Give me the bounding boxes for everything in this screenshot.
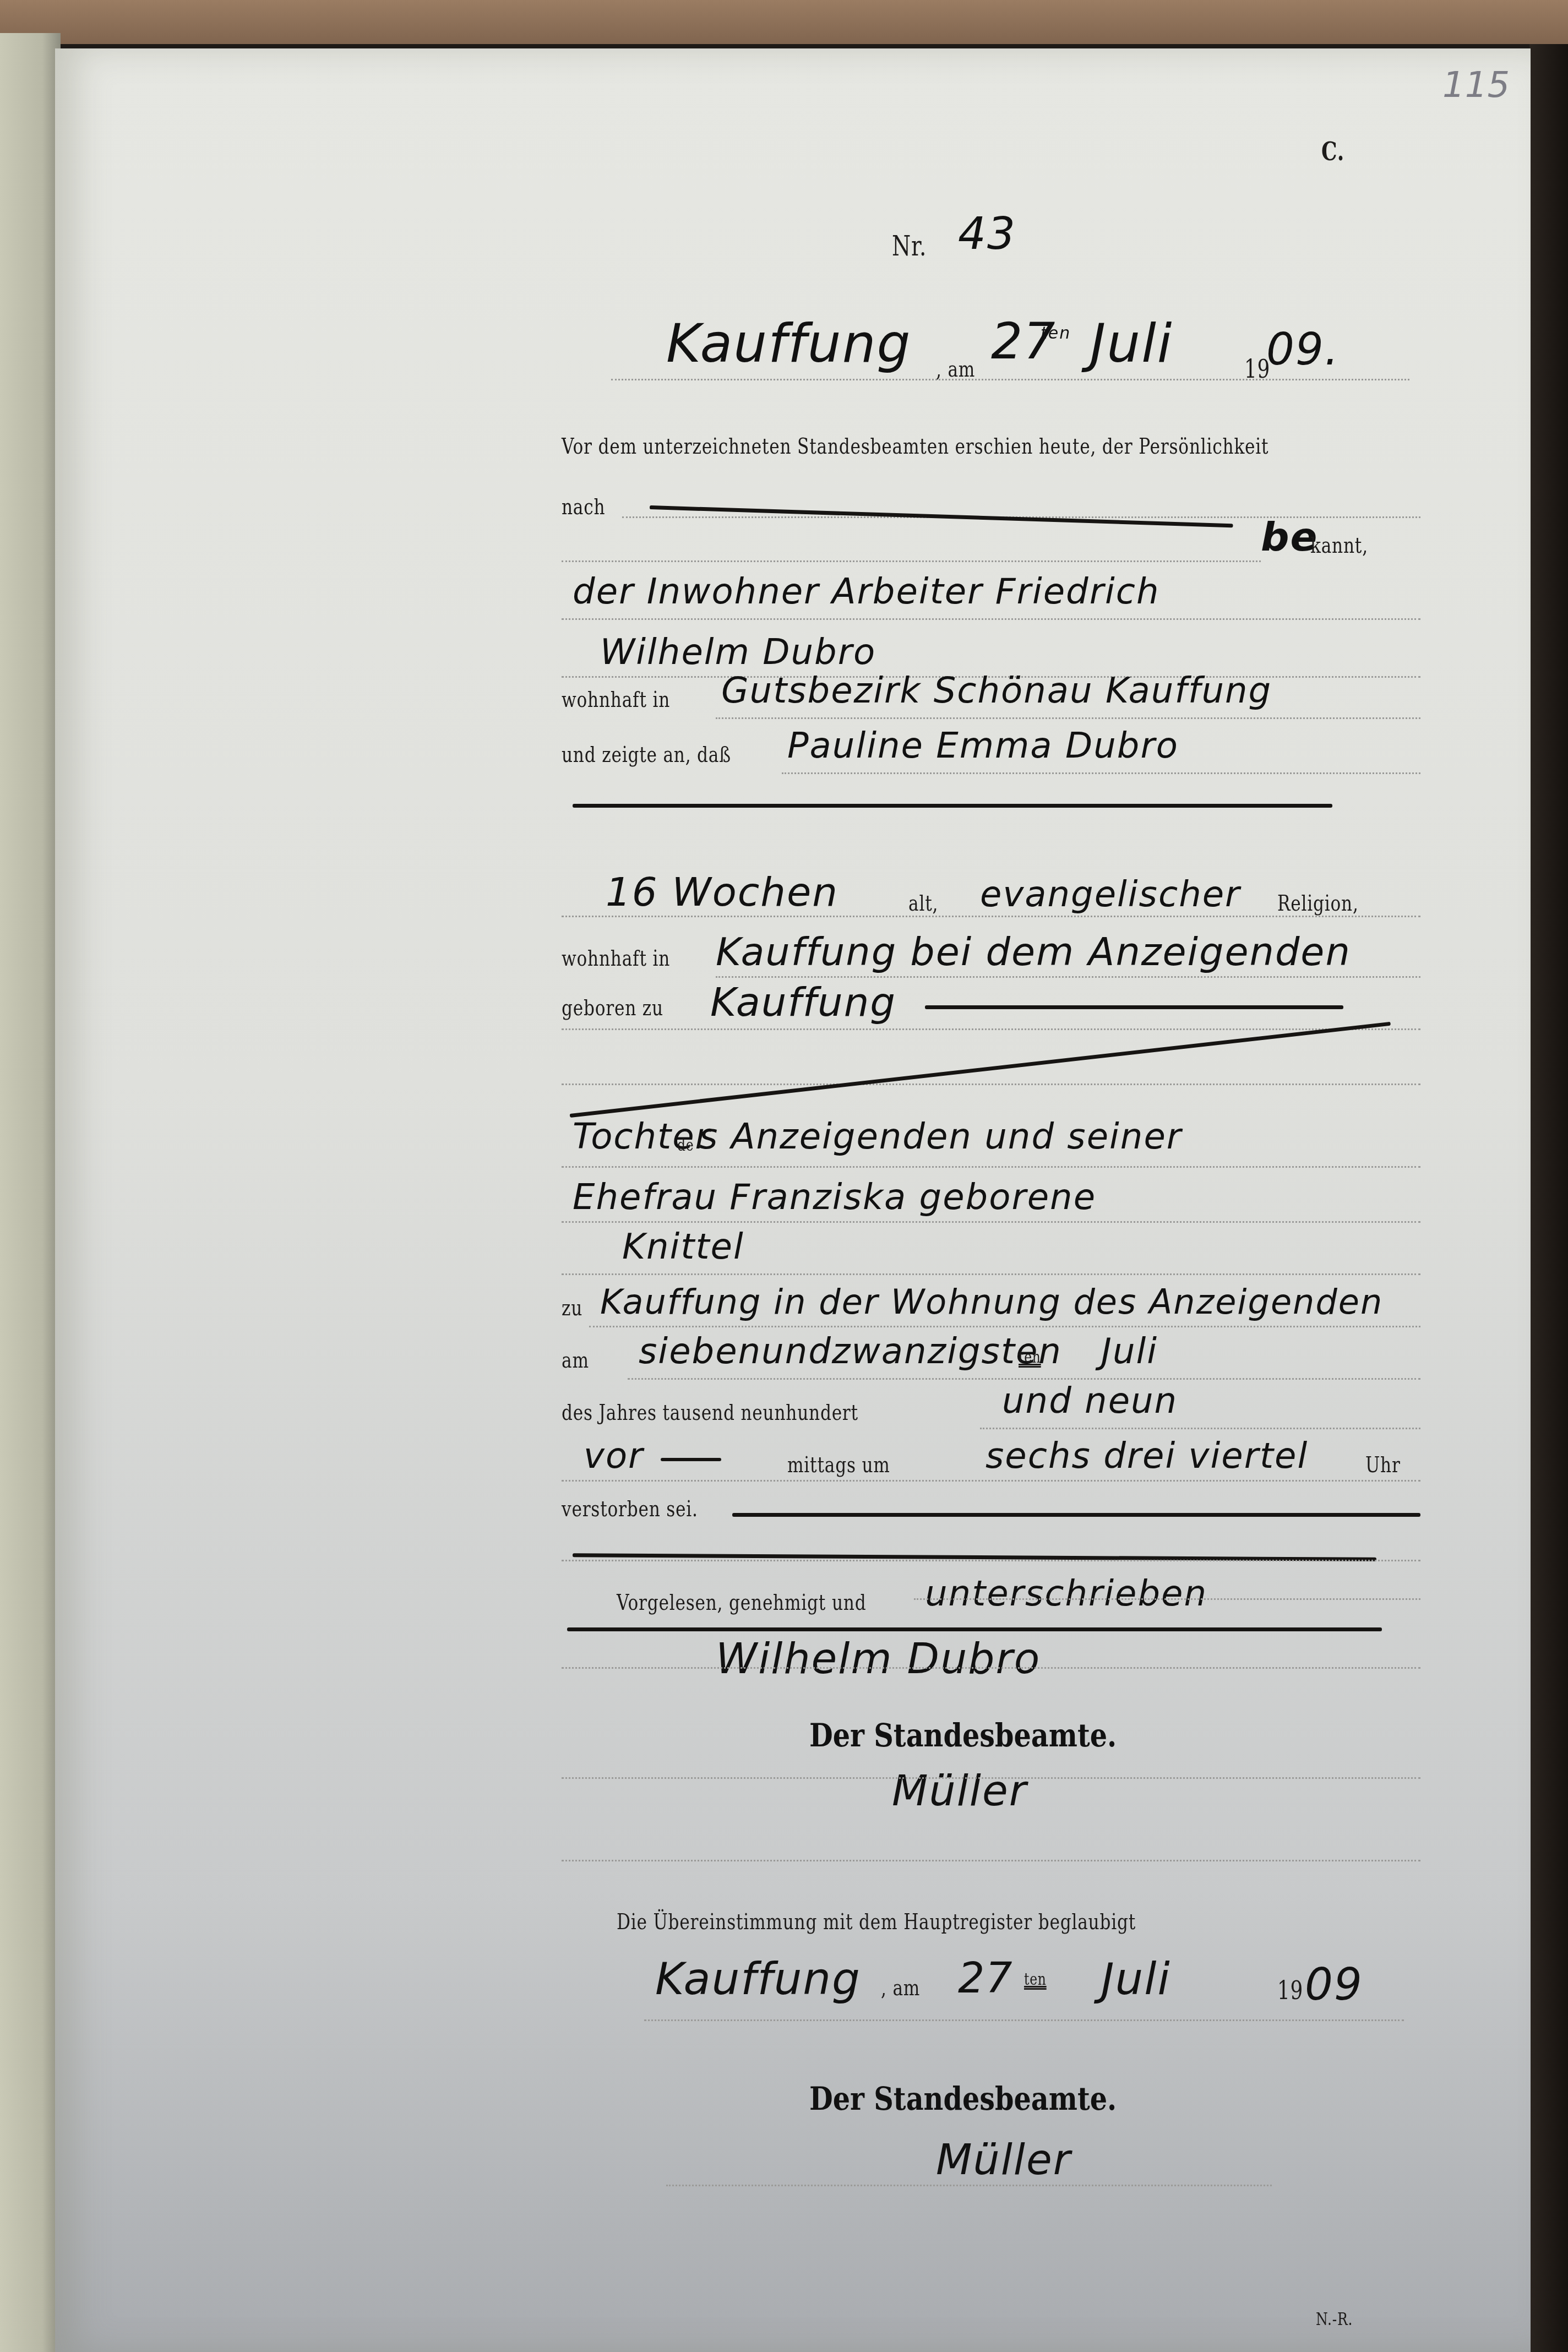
death-place: Kauffung in der Wohnung des Anzeigenden <box>600 1282 1383 1322</box>
dotted-line <box>562 1166 1420 1168</box>
parents-de-label: de <box>677 1136 694 1155</box>
alt-label: alt, <box>908 891 938 916</box>
record-number: 43 <box>958 208 1016 259</box>
strike-line <box>925 1005 1343 1009</box>
cert-registrar-signature: Müller <box>936 2135 1071 2184</box>
mittags-label: mittags um <box>787 1452 890 1478</box>
dotted-line <box>562 1560 1420 1561</box>
death-day-suffix: ten <box>1019 1348 1041 1367</box>
dotted-line <box>562 1667 1420 1669</box>
religion: evangelischer <box>980 874 1240 915</box>
dotted-line <box>562 560 1261 562</box>
wohnhaft-label: wohnhaft in <box>562 687 670 712</box>
certification-text: Die Übereinstimmung mit dem Hauptregiste… <box>617 1909 1136 1935</box>
header-year-suffix: 09. <box>1266 324 1340 375</box>
vor-hand: vor <box>584 1436 644 1477</box>
strike-line <box>573 804 1332 808</box>
dotted-line <box>562 1028 1420 1030</box>
nach-label: nach <box>562 494 605 520</box>
intro-text: Vor dem unterzeichneten Standesbeamten e… <box>562 434 1268 459</box>
dotted-line <box>562 916 1420 917</box>
register-page: 115 C. Nr. 43 Kauffung , am 27 ten Juli … <box>55 48 1531 2352</box>
birthplace: Kauffung <box>710 979 896 1025</box>
footer-mark: N.-R. <box>1316 2309 1353 2329</box>
jahres-label: des Jahres tausend neunhundert <box>562 1400 858 1425</box>
deceased-wohnhaft-label: wohnhaft in <box>562 946 670 971</box>
dotted-line <box>980 1428 1420 1429</box>
vorgelesen-label: Vorgelesen, genehmigt und <box>617 1590 866 1615</box>
mother-maiden-name: Knittel <box>622 1227 744 1267</box>
dotted-line <box>562 618 1420 620</box>
death-day: siebenundzwanzigsten <box>639 1331 1062 1372</box>
nr-label: Nr. <box>892 230 927 262</box>
dotted-line <box>562 1221 1420 1223</box>
dotted-line <box>628 1378 1420 1380</box>
dotted-line <box>562 1084 1420 1085</box>
declarant-residence: Gutsbezirk Schönau Kauffung <box>721 671 1272 711</box>
dotted-line <box>589 1326 1420 1327</box>
cert-am-label: , am <box>881 1975 920 2001</box>
book-cover-edge <box>1529 44 1568 2352</box>
dotted-line <box>644 2019 1404 2021</box>
dotted-line <box>716 717 1420 719</box>
dotted-line <box>562 1480 1420 1482</box>
facing-page-edge <box>0 33 61 2352</box>
zu-label: zu <box>562 1295 582 1321</box>
declarant-line2: Wilhelm Dubro <box>600 632 876 673</box>
deceased-name: Pauline Emma Dubro <box>787 726 1179 766</box>
strike-line <box>661 1458 721 1461</box>
strike-line <box>567 1627 1382 1631</box>
cert-month: Juli <box>1101 1953 1171 2005</box>
strike-line <box>732 1513 1420 1517</box>
vorgelesen-hand: unterschrieben <box>925 1574 1207 1614</box>
age: 16 Wochen <box>606 869 839 915</box>
diagonal-strike <box>570 1022 1391 1118</box>
dotted-line <box>666 2185 1272 2186</box>
header-month: Juli <box>1090 313 1173 374</box>
dotted-line <box>562 1273 1420 1275</box>
cert-day-suffix: ten <box>1024 1970 1047 1989</box>
cert-registrar-title: Der Standesbeamte. <box>809 2080 1117 2117</box>
header-day-suffix: ten <box>1041 324 1071 343</box>
pencil-page-number: 115 <box>1442 65 1510 106</box>
header-am-label: , am <box>936 357 975 382</box>
cert-year-prefix: 19 <box>1277 1975 1303 2005</box>
bekannt-print: kannt, <box>1310 533 1368 558</box>
dotted-line <box>611 379 1409 380</box>
cert-place: Kauffung <box>655 1953 861 2005</box>
uhr-label: Uhr <box>1365 1452 1401 1478</box>
dotted-line <box>716 976 1420 978</box>
am-label: am <box>562 1348 589 1373</box>
form-letter: C. <box>1321 137 1344 166</box>
geboren-label: geboren zu <box>562 995 663 1021</box>
cert-year-suffix: 09 <box>1305 1959 1363 2010</box>
dotted-line <box>782 772 1420 774</box>
dotted-line <box>914 1598 1420 1600</box>
header-place: Kauffung <box>666 313 911 374</box>
zeigte-label: und zeigte an, daß <box>562 742 731 767</box>
registrar-signature: Müller <box>892 1766 1027 1815</box>
death-time: sechs drei viertel <box>986 1436 1308 1477</box>
deceased-residence: Kauffung bei dem Anzeigenden <box>716 929 1351 974</box>
parents-line2: Ehefrau Franziska geborene <box>573 1177 1096 1218</box>
bekannt-hand: be <box>1261 514 1318 560</box>
declarant-signature: Wilhelm Dubro <box>716 1634 1041 1683</box>
religion-label: Religion, <box>1277 891 1359 916</box>
death-year-words: und neun <box>1002 1381 1178 1422</box>
verstorben-label: verstorben sei. <box>562 1496 698 1522</box>
registrar-title: Der Standesbeamte. <box>809 1717 1117 1754</box>
dotted-line <box>562 1777 1420 1779</box>
death-month: Juli <box>1101 1331 1158 1372</box>
parents-line1: s Anzeigenden und seiner <box>699 1117 1182 1157</box>
declarant-line1: der Inwohner Arbeiter Friedrich <box>573 571 1160 612</box>
dotted-line <box>562 1860 1420 1861</box>
cert-day: 27 <box>958 1953 1014 2002</box>
